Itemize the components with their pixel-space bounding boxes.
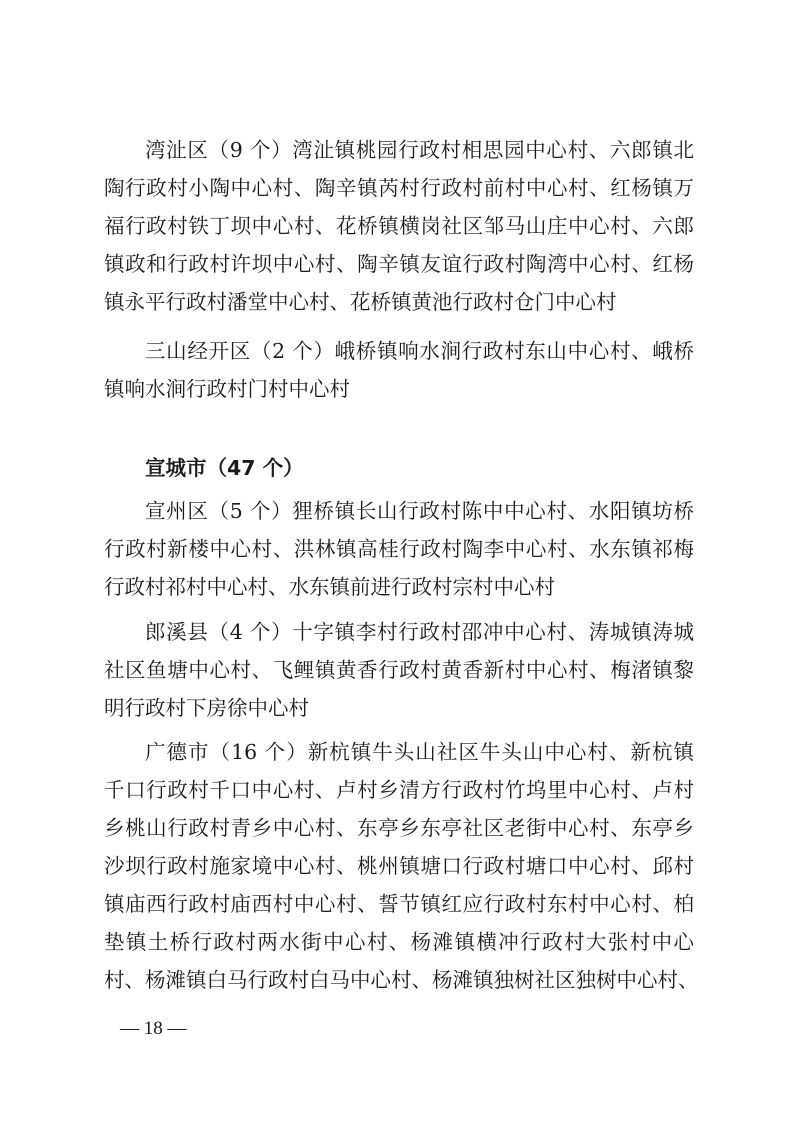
paragraph-line: 湾沚区（9 个）湾沚镇桃园行政村相思园中心村、六郎镇北	[145, 135, 694, 165]
paragraph-line: 行政村新楼中心村、洪林镇高桂行政村陶李中心村、水东镇祁梅	[104, 534, 694, 564]
paragraph-line: 沙坝行政村施家境中心村、桃州镇塘口行政村塘口中心村、邱村	[104, 851, 694, 881]
paragraph-line: 社区鱼塘中心村、飞鲤镇黄香行政村黄香新村中心村、梅渚镇黎	[104, 655, 694, 685]
city-heading: 宣城市（47 个）	[145, 453, 304, 483]
paragraph-line: 千口行政村千口中心村、卢村乡清方行政村竹坞里中心村、卢村	[104, 775, 694, 805]
page-number: — 18 —	[120, 1014, 187, 1044]
paragraph-line: 广德市（16 个）新杭镇牛头山社区牛头山中心村、新杭镇	[145, 737, 694, 767]
paragraph-line: 乡桃山行政村青乡中心村、东亭乡东亭社区老街中心村、东亭乡	[104, 813, 694, 843]
paragraph-line: 村、杨滩镇白马行政村白马中心村、杨滩镇独树社区独树中心村、	[104, 965, 694, 995]
paragraph-line: 行政村祁村中心村、水东镇前进行政村宗村中心村	[104, 572, 694, 602]
paragraph-line: 三山经开区（2 个）峨桥镇响水涧行政村东山中心村、峨桥	[145, 336, 694, 366]
paragraph-line: 明行政村下房徐中心村	[104, 693, 694, 723]
paragraph-line: 垫镇土桥行政村两水街中心村、杨滩镇横冲行政村大张村中心	[104, 927, 694, 957]
paragraph-line: 陶行政村小陶中心村、陶辛镇芮村行政村前村中心村、红杨镇万	[104, 173, 694, 203]
paragraph-line: 镇庙西行政村庙西村中心村、誓节镇红应行政村东村中心村、柏	[104, 889, 694, 919]
paragraph-line: 福行政村铁丁坝中心村、花桥镇横岗社区邹马山庄中心村、六郎	[104, 211, 694, 241]
paragraph-line: 郎溪县（4 个）十字镇李村行政村邵冲中心村、涛城镇涛城	[145, 617, 694, 647]
paragraph-line: 宣州区（5 个）狸桥镇长山行政村陈中中心村、水阳镇坊桥	[145, 496, 694, 526]
paragraph-line: 镇响水涧行政村门村中心村	[104, 374, 694, 404]
document-page: 湾沚区（9 个）湾沚镇桃园行政村相思园中心村、六郎镇北 陶行政村小陶中心村、陶辛…	[0, 0, 793, 1122]
paragraph-line: 镇永平行政村潘堂中心村、花桥镇黄池行政村仓门中心村	[104, 287, 694, 317]
paragraph-line: 镇政和行政村许坝中心村、陶辛镇友谊行政村陶湾中心村、红杨	[104, 249, 694, 279]
